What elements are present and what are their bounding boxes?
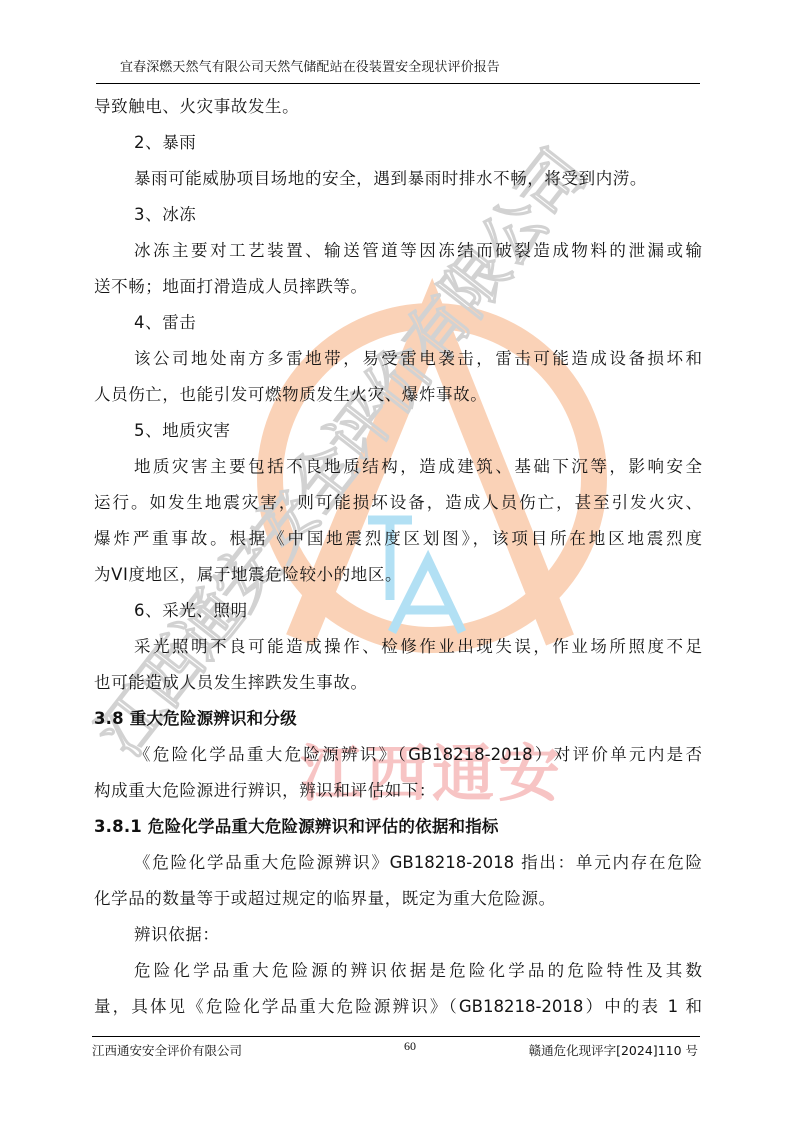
paragraph-line: 《危险化学品重大危险源辨识》GB18218-2018 指出：单元内存在危险 [134, 852, 702, 874]
subsection-heading-freeze: 3、冰冻 [134, 204, 196, 226]
page-header: 宜春深燃天然气有限公司天然气储配站在役装置安全现状评价报告 [96, 56, 700, 84]
paragraph-line: 暴雨可能威胁项目场地的安全，遇到暴雨时排水不畅，将受到内涝。 [134, 168, 647, 190]
paragraph-line: 冰冻主要对工艺装置、输送管道等因冻结而破裂造成物料的泄漏或输 [134, 240, 702, 262]
section-heading-3-8-1: 3.8.1 危险化学品重大危险源辨识和评估的依据和指标 [94, 816, 499, 838]
page-footer: 江西通安安全评价有限公司 60 赣通危化现评字[2024]110 号 [92, 1036, 700, 1060]
section-heading-3-8: 3.8 重大危险源辨识和分级 [94, 708, 297, 730]
paragraph-line: 危险化学品重大危险源的辨识依据是危险化学品的危险特性及其数 [134, 960, 702, 982]
subsection-heading-geology: 5、地质灾害 [134, 420, 231, 442]
document-page: 江西通安安全评价有限公司 江西通安 宜春深燃天然气有限公司天然气储配站在役装置安… [0, 0, 793, 1122]
paragraph-line: 化学品的数量等于或超过规定的临界量，既定为重大危险源。 [94, 888, 556, 910]
header-title: 宜春深燃天然气有限公司天然气储配站在役装置安全现状评价报告 [120, 56, 500, 75]
paragraph-line: 该公司地处南方多雷地带，易受雷电袭击，雷击可能造成设备损坏和 [134, 348, 702, 370]
subsection-heading-rainstorm: 2、暴雨 [134, 132, 196, 154]
paragraph-line: 人员伤亡，也能引发可燃物质发生火灾、爆炸事故。 [94, 384, 487, 406]
paragraph-line: 导致触电、火灾事故发生。 [94, 96, 299, 118]
paragraph-line: 运行。如发生地震灾害，则可能损坏设备，造成人员伤亡，甚至引发火灾、 [94, 492, 702, 514]
paragraph-line: 量，具体见《危险化学品重大危险源辨识》（GB18218-2018）中的表 1 和 [94, 996, 702, 1018]
paragraph-line: 《危险化学品重大危险源辨识》（GB18218-2018）对评价单元内是否 [134, 744, 702, 766]
paragraph-line: 为VI度地区，属于地震危险较小的地区。 [94, 564, 402, 586]
paragraph-line: 采光照明不良可能造成操作、检修作业出现失误，作业场所照度不足 [134, 636, 702, 658]
footer-doc-number: 赣通危化现评字[2024]110 号 [529, 1041, 698, 1059]
paragraph-line: 也可能造成人员发生摔跌发生事故。 [94, 672, 368, 694]
paragraph-label: 辨识依据： [134, 924, 220, 946]
page-number: 60 [404, 1039, 416, 1054]
paragraph-line: 地质灾害主要包括不良地质结构，造成建筑、基础下沉等，影响安全 [134, 456, 702, 478]
subsection-heading-lighting: 6、采光、照明 [134, 600, 248, 622]
paragraph-line: 爆炸严重事故。根据《中国地震烈度区划图》，该项目所在地区地震烈度 [94, 528, 702, 550]
subsection-heading-lightning: 4、雷击 [134, 312, 196, 334]
paragraph-line: 送不畅；地面打滑造成人员摔跌等。 [94, 276, 368, 298]
footer-company: 江西通安安全评价有限公司 [92, 1041, 242, 1059]
paragraph-line: 构成重大危险源进行辨识，辨识和评估如下： [94, 780, 436, 802]
